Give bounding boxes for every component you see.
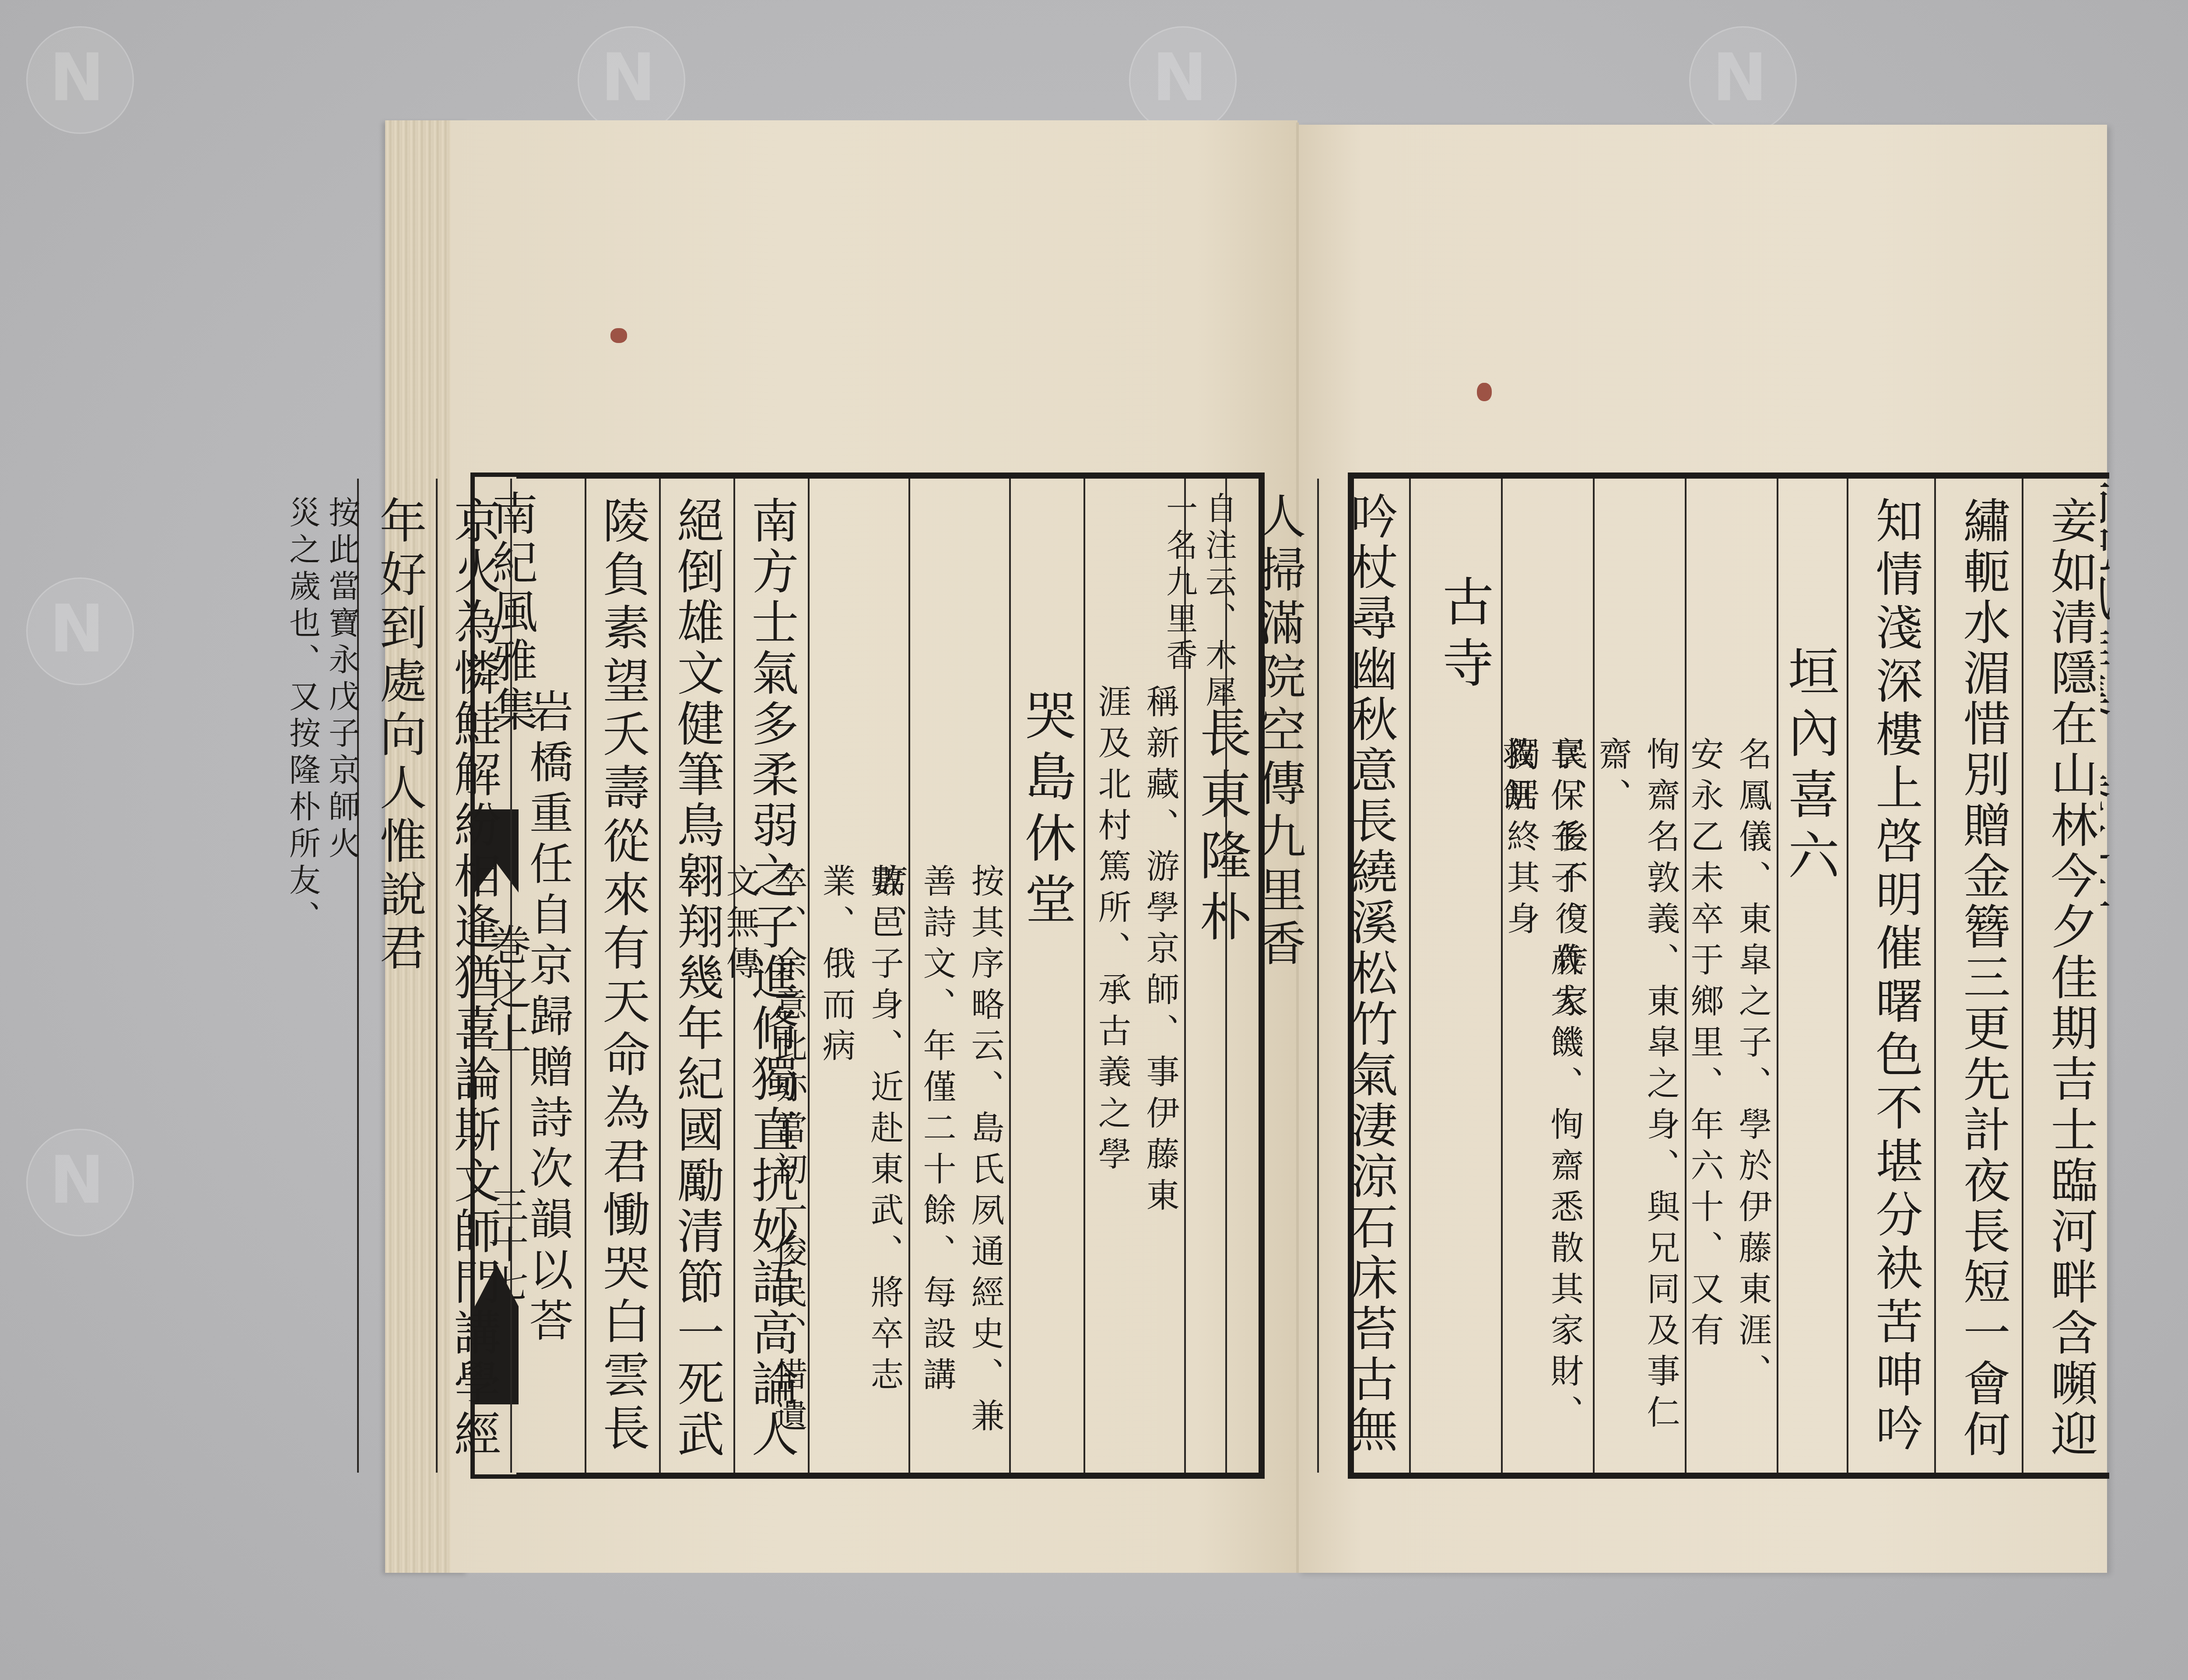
poem-line-with-note: 人掃滿院空傳九里香 自注云、木犀 一名九里香	[1225, 479, 1317, 1473]
poem-line: 人掃滿院空傳九里香	[1238, 492, 1317, 1473]
right-page-margin-title-fragment: 南紀風雅集 巻之上	[2100, 477, 2118, 1474]
poem-line: 知情淺深樓上啓明催曙色不堪分袂苦呻吟	[1847, 479, 1934, 1473]
note-line: 善詩文、年僅二十餘、每設講席、	[865, 864, 961, 1473]
left-page-text-frame: 長東隆朴 稱新藏、游學京師、事伊藤東 涯及北村篤所、承古義之學 哭島休堂 按其序…	[516, 472, 1265, 1479]
author-note: 名鳳儀、東皐之子、學於伊藤東涯、 安永乙未卒于鄉里、年六十、又有	[1685, 479, 1777, 1473]
note-line: 涯及北村篤所、承古義之學	[1088, 684, 1136, 1473]
author-note: 恂齋名敦義、東皐之身、與兄同及事仁齋、 享保壬子、歲大饑、恂齋悉散其家財、救飢	[1593, 479, 1685, 1473]
note-line: 按其序略云、島氏夙通經史、兼	[961, 864, 1009, 1473]
poem-line: 吟杖尋幽秋意長繞溪松竹氣淒涼石床苔古無	[1317, 479, 1409, 1473]
author-heading: 垣內喜六	[1777, 479, 1847, 1473]
note-line: 安永乙未卒于鄉里、年六十、又有	[1680, 737, 1729, 1473]
red-stain	[610, 328, 627, 343]
poem-title: 岩橋重任自京歸贈詩次韻以荅	[510, 479, 585, 1473]
note-line: 自注云、木犀	[1199, 492, 1238, 1473]
open-book: 南紀風雅集 巻之上 三十七 長東隆朴 稱新藏、游學京師、事伊藤東 涯及北村篤所、…	[0, 0, 2188, 1680]
note-line: 卒、余意此亦當初一俊民、惜遺文無傳	[716, 864, 812, 1473]
poem-title: 古寺	[1409, 479, 1501, 1473]
red-stain	[1477, 383, 1492, 401]
right-page-text-frame: 妾如清隱在山林今夕佳期吉士臨河畔含嚬迎 繡軛水湄惜別贈金簪三更先計夜長短一會何 …	[1348, 472, 2109, 1479]
poem-title: 哭島休堂	[1009, 479, 1083, 1473]
note-line: 災之歲也、又按隆朴所友、	[283, 496, 322, 1473]
note-line: 享保壬子、歲大饑、恂齋悉散其家財、救飢	[1492, 737, 1588, 1473]
poem-line: 陵負素望夭壽從來有天命為君慟哭白雲長	[585, 479, 659, 1473]
poem-line: 妾如清隱在山林今夕佳期吉士臨河畔含嚬迎	[2022, 479, 2109, 1473]
note-line: 恂齋名敦義、東皐之身、與兄同及事仁齋、	[1588, 737, 1685, 1473]
poem-line: 繡軛水湄惜別贈金簪三更先計夜長短一會何	[1934, 479, 2022, 1473]
poem-line-with-note: 年好到處向人惟說君 按此當寶永戊子京師火 災之歲也、又按隆朴所友、	[357, 479, 436, 1473]
note-line: 按此當寶永戊子京師火	[322, 496, 361, 1473]
note-line: 一名九里香	[1160, 492, 1199, 1473]
poem-line: 京火為憐鮭解紛相逢猶喜論斯文師門講學經	[436, 479, 510, 1473]
poem-note: 按其序略云、島氏夙通經史、兼 善詩文、年僅二十餘、每設講席、	[908, 479, 1009, 1473]
poem-line: 年好到處向人惟說君	[361, 496, 436, 1473]
note-line: 名鳳儀、東皐之子、學於伊藤東涯、	[1729, 737, 1777, 1473]
